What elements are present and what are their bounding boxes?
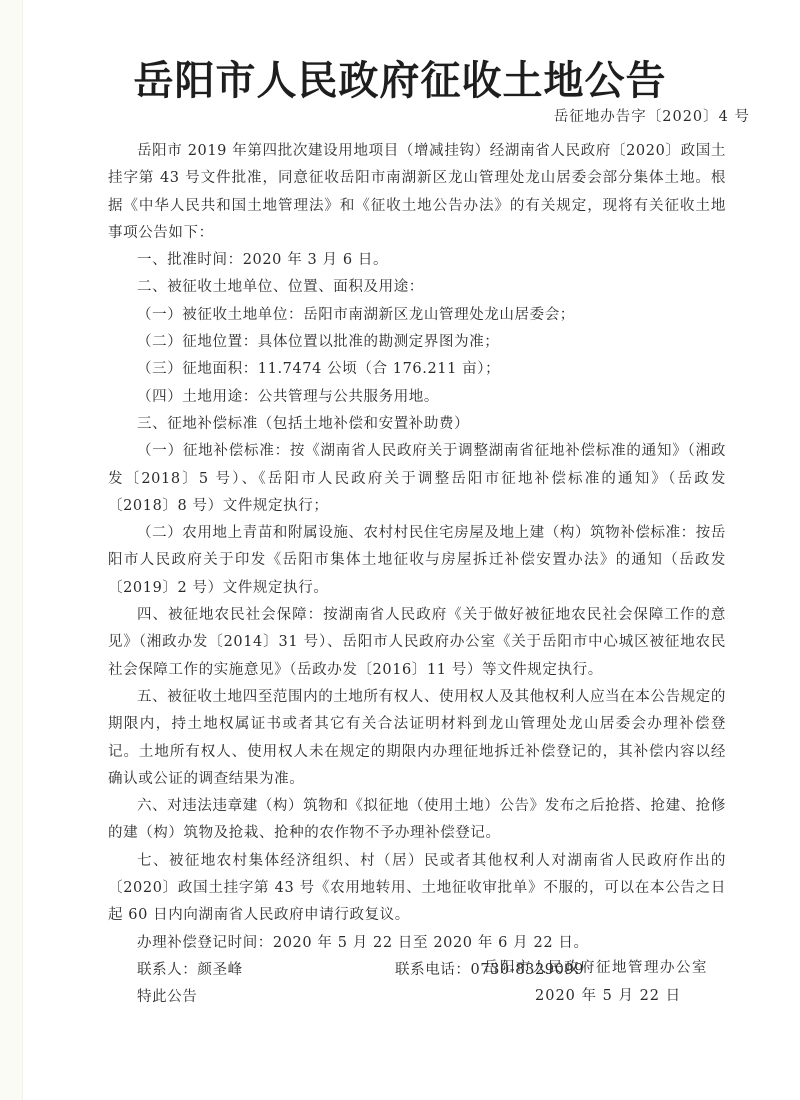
document-body: 岳阳市 2019 年第四批次建设用地项目（增减挂钩）经湖南省人民政府〔2020〕… [108, 138, 726, 1012]
issuer-signature: 岳阳市人民政府征地管理办公室 [484, 957, 708, 979]
structures-compensation-item: （二）农用地上青苗和附属设施、农村村民住宅房屋及地上建（构）筑物补偿标准：按岳阳… [108, 520, 726, 602]
document-title: 岳阳市人民政府征收土地公告 [0, 56, 800, 106]
intro-paragraph: 岳阳市 2019 年第四批次建设用地项目（增减挂钩）经湖南省人民政府〔2020〕… [108, 138, 726, 247]
section-compensation-heading: 三、征地补偿标准（包括土地补偿和安置补助费） [108, 411, 726, 438]
section-registration: 五、被征收土地四至范围内的土地所有权人、使用权人及其他权利人应当在本公告规定的期… [108, 684, 726, 793]
compensation-standard-item: （一）征地补偿标准：按《湖南省人民政府关于调整湖南省征地补偿标准的通知》（湘政发… [108, 438, 726, 520]
document-number: 岳征地办告字〔2020〕4 号 [554, 107, 750, 127]
scan-edge [0, 0, 23, 1100]
section-reconsideration: 七、被征地农村集体经济组织、村（居）民或者其他权利人对湖南省人民政府作出的〔20… [108, 848, 726, 930]
signature-date: 2020 年 5 月 22 日 [535, 985, 681, 1007]
section-land-info-heading: 二、被征收土地单位、位置、面积及用途： [108, 274, 726, 301]
section-social-security: 四、被征地农民社会保障：按湖南省人民政府《关于做好被征地农民社会保障工作的意见》… [108, 602, 726, 684]
land-use-item: （四）土地用途：公共管理与公共服务用地。 [108, 384, 726, 411]
section-approval-time: 一、批准时间：2020 年 3 月 6 日。 [108, 247, 726, 274]
section-illegal-structures: 六、对违法违章建（构）筑物和《拟征地（使用土地）公告》发布之后抢搭、抢建、抢修的… [108, 793, 726, 848]
land-location-item: （二）征地位置：具体位置以批准的勘测定界图为准； [108, 329, 726, 356]
contact-person: 联系人：颜圣峰 [137, 957, 395, 984]
registration-period: 办理补偿登记时间：2020 年 5 月 22 日至 2020 年 6 月 22 … [108, 930, 726, 957]
land-area-item: （三）征地面积：11.7474 公顷（合 176.211 亩）； [108, 356, 726, 383]
land-unit-item: （一）被征收土地单位：岳阳市南湖新区龙山管理处龙山居委会； [108, 302, 726, 329]
